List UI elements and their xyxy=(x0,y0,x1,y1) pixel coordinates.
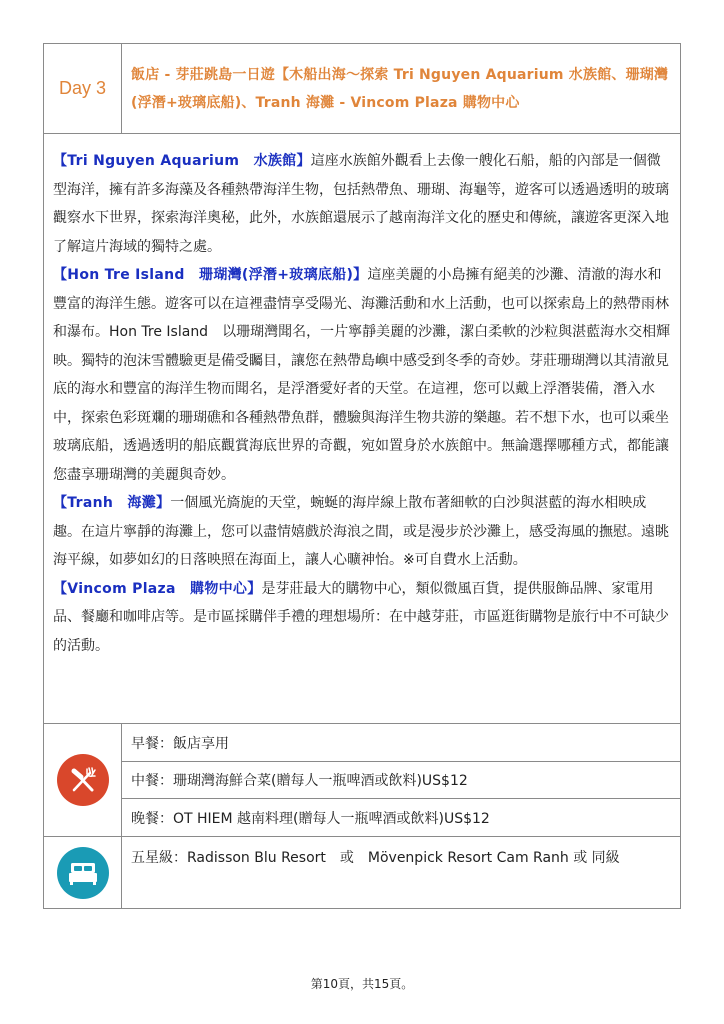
section-heading: 【Tranh 海灘】 xyxy=(53,495,170,511)
section-aquarium: 【Tri Nguyen Aquarium 水族館】這座水族館外觀看上去像一艘化石… xyxy=(53,147,672,261)
hotel-label: 五星級：Radisson Blu Resort 或 Mövenpick Reso… xyxy=(122,837,680,908)
meals-icon-cell xyxy=(44,724,122,836)
hotel-icon-cell xyxy=(44,837,122,908)
day-label: Day 3 xyxy=(44,44,122,133)
page-number: 第10頁，共15頁。 xyxy=(0,975,724,992)
section-heading: 【Tri Nguyen Aquarium 水族館】 xyxy=(53,153,311,169)
section-heading: 【Vincom Plaza 購物中心】 xyxy=(53,581,262,597)
section-body: 這座美麗的小島擁有絕美的沙灘、清澈的海水和豐富的海洋生態。遊客可以在這裡盡情享受… xyxy=(53,267,670,483)
section-heading: 【Hon Tre Island 珊瑚灣(浮潛+玻璃底船)】 xyxy=(53,267,367,283)
bed-icon xyxy=(57,847,109,899)
day-header-row: Day 3 飯店 - 芽莊跳島一日遊【木船出海～探索 Tri Nguyen Aq… xyxy=(44,44,680,134)
hotel-info: 五星級：Radisson Blu Resort 或 Mövenpick Reso… xyxy=(122,837,680,908)
section-tranh-beach: 【Tranh 海灘】一個風光旖旎的天堂，蜿蜒的海岸線上散布著細軟的白沙與湛藍的海… xyxy=(53,489,672,575)
meals-row: 早餐：飯店享用 中餐：珊瑚灣海鮮合菜(贈每人一瓶啤酒或飲料)US$12 晚餐：O… xyxy=(44,724,680,837)
meals-list: 早餐：飯店享用 中餐：珊瑚灣海鮮合菜(贈每人一瓶啤酒或飲料)US$12 晚餐：O… xyxy=(122,724,680,836)
description-row: 【Tri Nguyen Aquarium 水族館】這座水族館外觀看上去像一艘化石… xyxy=(44,134,680,724)
itinerary-table: Day 3 飯店 - 芽莊跳島一日遊【木船出海～探索 Tri Nguyen Aq… xyxy=(43,43,681,909)
fork-knife-icon xyxy=(57,754,109,806)
section-hon-tre-island: 【Hon Tre Island 珊瑚灣(浮潛+玻璃底船)】這座美麗的小島擁有絕美… xyxy=(53,261,672,489)
description-cell: 【Tri Nguyen Aquarium 水族館】這座水族館外觀看上去像一艘化石… xyxy=(44,134,680,723)
section-vincom-plaza: 【Vincom Plaza 購物中心】是芽莊最大的購物中心，類似微風百貨，提供服… xyxy=(53,575,672,661)
day-title: 飯店 - 芽莊跳島一日遊【木船出海～探索 Tri Nguyen Aquarium… xyxy=(122,44,680,133)
meal-breakfast: 早餐：飯店享用 xyxy=(122,724,680,762)
meal-lunch: 中餐：珊瑚灣海鮮合菜(贈每人一瓶啤酒或飲料)US$12 xyxy=(122,762,680,799)
document-page: Day 3 飯店 - 芽莊跳島一日遊【木船出海～探索 Tri Nguyen Aq… xyxy=(0,0,724,1024)
meal-dinner: 晚餐：OT HIEM 越南料理(贈每人一瓶啤酒或飲料)US$12 xyxy=(122,799,680,836)
hotel-row: 五星級：Radisson Blu Resort 或 Mövenpick Reso… xyxy=(44,837,680,908)
